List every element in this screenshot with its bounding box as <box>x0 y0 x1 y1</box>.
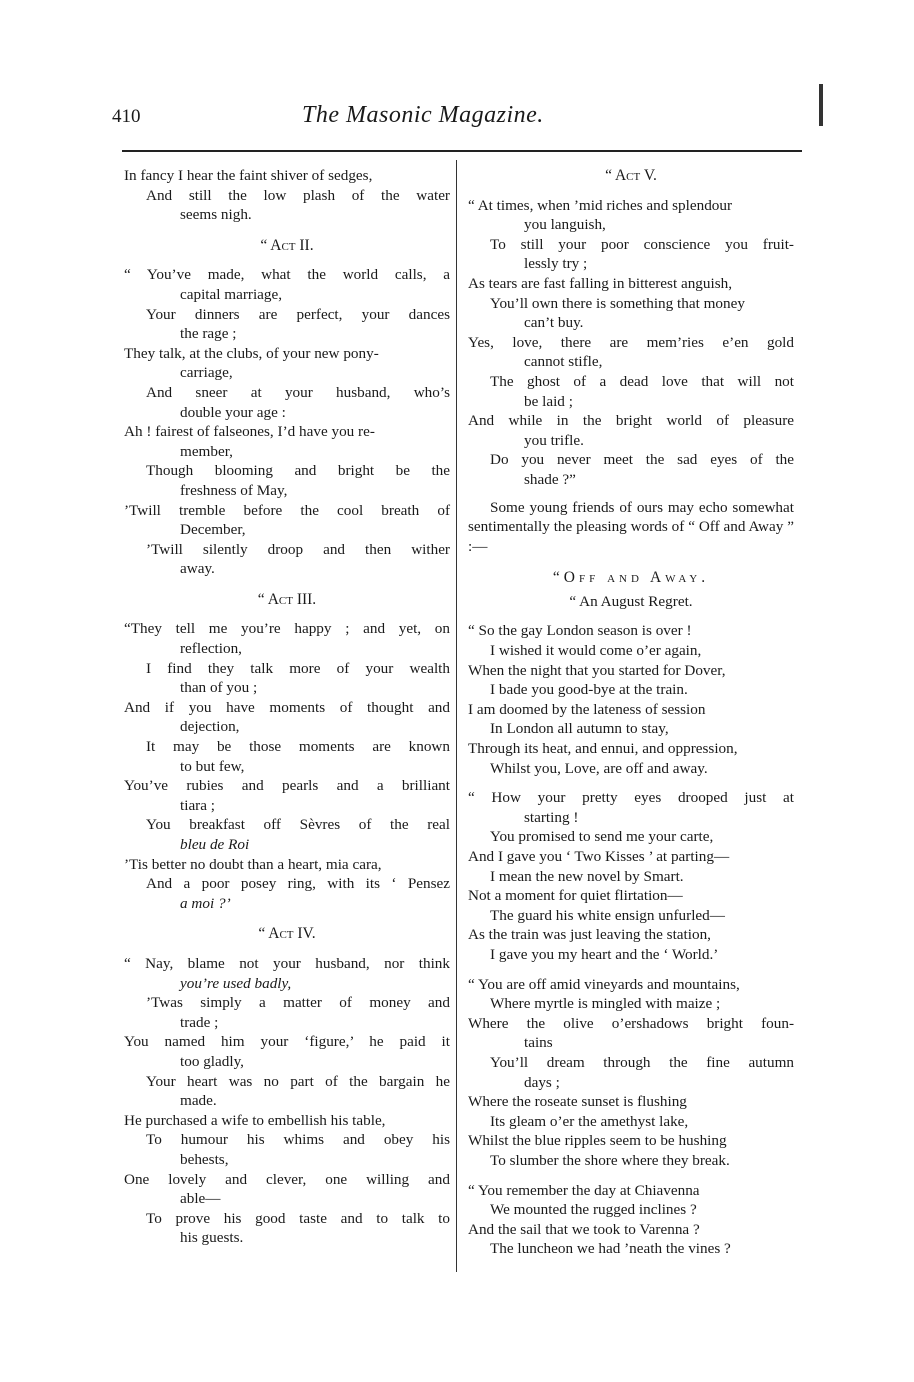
verse-line: As the train was just leaving the statio… <box>468 925 794 945</box>
verse-line: And while in the bright world of pleasur… <box>468 411 794 431</box>
verse-line: As tears are fast falling in bitterest a… <box>468 274 794 294</box>
verse-line: Its gleam o’er the amethyst lake, <box>468 1112 794 1132</box>
verse-line: To still your poor conscience you fruit- <box>468 235 794 255</box>
act-v-stanza: “ At times, when ’mid riches and splendo… <box>468 196 794 490</box>
verse-line: In fancy I hear the faint shiver of sedg… <box>124 166 450 186</box>
act-iii-heading: “ Act III. <box>124 590 450 610</box>
verse-line: reflection, <box>124 639 450 659</box>
page-edge-mark <box>819 84 823 126</box>
verse-line: shade ?” <box>468 470 794 490</box>
verse-line: The guard his white ensign unfurled— <box>468 906 794 926</box>
verse-line: Whilst you, Love, are off and away. <box>468 759 794 779</box>
verse-line: “ So the gay London season is over ! <box>468 621 794 641</box>
verse-line: be laid ; <box>468 392 794 412</box>
verse-line: lessly try ; <box>468 254 794 274</box>
verse-line: “ You remember the day at Chiavenna <box>468 1181 794 1201</box>
verse-line: behests, <box>124 1150 450 1170</box>
verse-line: Your dinners are perfect, your dances <box>124 305 450 325</box>
verse-line: We mounted the rugged inclines ? <box>468 1200 794 1220</box>
verse-line: And the sail that we took to Varenna ? <box>468 1220 794 1240</box>
verse-line: When the night that you started for Dove… <box>468 661 794 681</box>
opening-stanza: In fancy I hear the faint shiver of sedg… <box>124 166 450 225</box>
verse-line: In London all autumn to stay, <box>468 719 794 739</box>
verse-line: And still the low plash of the water <box>124 186 450 206</box>
verse-line: I am doomed by the lateness of session <box>468 700 794 720</box>
verse-line: And if you have moments of thought and <box>124 698 450 718</box>
verse-line: his guests. <box>124 1228 450 1248</box>
verse-line: You’ll dream through the fine autumn <box>468 1053 794 1073</box>
verse-line: I gave you my heart and the ‘ World.’ <box>468 945 794 965</box>
verse-line: One lovely and clever, one willing and <box>124 1170 450 1190</box>
verse-line: away. <box>124 559 450 579</box>
verse-line: ’Tis better no doubt than a heart, mia c… <box>124 855 450 875</box>
verse-line: “ At times, when ’mid riches and splendo… <box>468 196 794 216</box>
verse-line: You breakfast off Sèvres of the real <box>124 815 450 835</box>
verse-line: trade ; <box>124 1013 450 1033</box>
verse-line: The ghost of a dead love that will not <box>468 372 794 392</box>
verse-line: you trifle. <box>468 431 794 451</box>
verse-line: I wished it would come o’er again, <box>468 641 794 661</box>
verse-line: You named him your ‘figure,’ he paid it <box>124 1032 450 1052</box>
verse-line: December, <box>124 520 450 540</box>
verse-line: bleu de Roi <box>124 835 450 855</box>
verse-line: The luncheon we had ’neath the vines ? <box>468 1239 794 1259</box>
verse-line: tiara ; <box>124 796 450 816</box>
act-iv-stanza: “ Nay, blame not your husband, nor think… <box>124 954 450 1248</box>
magazine-title: The Masonic Magazine. <box>302 102 544 129</box>
verse-line: Whilst the blue ripples seem to be hushi… <box>468 1131 794 1151</box>
poem-stanza-4: “ You remember the day at ChiavennaWe mo… <box>468 1181 794 1259</box>
verse-line: I find they talk more of your wealth <box>124 659 450 679</box>
verse-line: the rage ; <box>124 324 450 344</box>
poem-subtitle: “ An August Regret. <box>468 592 794 612</box>
verse-line: You’ve rubies and pearls and a brilliant <box>124 776 450 796</box>
verse-line: freshness of May, <box>124 481 450 501</box>
poem-stanza-3: “ You are off amid vineyards and mountai… <box>468 975 794 1171</box>
verse-line: And a poor posey ring, with its ‘ Pensez <box>124 874 450 894</box>
verse-line: too gladly, <box>124 1052 450 1072</box>
verse-line: a moi ?’ <box>124 894 450 914</box>
page-number: 410 <box>112 106 141 128</box>
poem-title: “Off and Away. <box>468 568 794 588</box>
verse-line: you languish, <box>468 215 794 235</box>
act-iv-heading: “ Act IV. <box>124 924 450 944</box>
poem-stanza-2: “ How your pretty eyes drooped just atst… <box>468 788 794 964</box>
verse-line: He purchased a wife to embellish his tab… <box>124 1111 450 1131</box>
verse-line: You promised to send me your carte, <box>468 827 794 847</box>
verse-line: “ Nay, blame not your husband, nor think <box>124 954 450 974</box>
verse-line: ’Twill tremble before the cool breath of <box>124 501 450 521</box>
left-column: In fancy I hear the faint shiver of sedg… <box>124 166 450 1248</box>
verse-line: Where myrtle is mingled with maize ; <box>468 994 794 1014</box>
verse-line: to but few, <box>124 757 450 777</box>
verse-line: than of you ; <box>124 678 450 698</box>
verse-line: able— <box>124 1189 450 1209</box>
verse-line: Where the olive o’ershadows bright foun- <box>468 1014 794 1034</box>
verse-line: It may be those moments are known <box>124 737 450 757</box>
verse-line: You’ll own there is something that money <box>468 294 794 314</box>
verse-line: And I gave you ‘ Two Kisses ’ at parting… <box>468 847 794 867</box>
verse-line: “They tell me you’re happy ; and yet, on <box>124 619 450 639</box>
poem-stanza-1: “ So the gay London season is over !I wi… <box>468 621 794 778</box>
verse-line: Ah ! fairest of falseones, I’d have you … <box>124 422 450 442</box>
verse-line: I bade you good-bye at the train. <box>468 680 794 700</box>
verse-line: I mean the new novel by Smart. <box>468 867 794 887</box>
verse-line: Where the roseate sunset is flushing <box>468 1092 794 1112</box>
verse-line: double your age : <box>124 403 450 423</box>
verse-line: days ; <box>468 1073 794 1093</box>
verse-line: And sneer at your husband, who’s <box>124 383 450 403</box>
verse-line: Though blooming and bright be the <box>124 461 450 481</box>
act-v-heading: “ Act V. <box>468 166 794 186</box>
verse-line: To prove his good taste and to talk to <box>124 1209 450 1229</box>
verse-line: capital marriage, <box>124 285 450 305</box>
verse-line: can’t buy. <box>468 313 794 333</box>
verse-line: Your heart was no part of the bargain he <box>124 1072 450 1092</box>
verse-line: made. <box>124 1091 450 1111</box>
verse-line: tains <box>468 1033 794 1053</box>
verse-line: dejection, <box>124 717 450 737</box>
verse-line: To humour his whims and obey his <box>124 1130 450 1150</box>
verse-line: carriage, <box>124 363 450 383</box>
header-rule <box>122 150 802 152</box>
verse-line: “ How your pretty eyes drooped just at <box>468 788 794 808</box>
running-header: 410 The Masonic Magazine. <box>112 98 822 138</box>
verse-line: Do you never meet the sad eyes of the <box>468 450 794 470</box>
verse-line: “ You’ve made, what the world calls, a <box>124 265 450 285</box>
verse-line: To slumber the shore where they break. <box>468 1151 794 1171</box>
right-column: “ Act V. “ At times, when ’mid riches an… <box>468 166 794 1259</box>
verse-line: ’Twas simply a matter of money and <box>124 993 450 1013</box>
verse-line: “ You are off amid vineyards and mountai… <box>468 975 794 995</box>
act-ii-heading: “ Act II. <box>124 236 450 256</box>
verse-line: They talk, at the clubs, of your new pon… <box>124 344 450 364</box>
act-ii-stanza: “ You’ve made, what the world calls, aca… <box>124 265 450 579</box>
verse-line: seems nigh. <box>124 205 450 225</box>
verse-line: you’re used badly, <box>124 974 450 994</box>
prose-paragraph: Some young friends of ours may echo some… <box>468 498 794 557</box>
verse-line: ’Twill silently droop and then wither <box>124 540 450 560</box>
act-iii-stanza: “They tell me you’re happy ; and yet, on… <box>124 619 450 913</box>
verse-line: starting ! <box>468 808 794 828</box>
column-divider <box>456 160 457 1272</box>
verse-line: member, <box>124 442 450 462</box>
verse-line: Through its heat, and ennui, and oppress… <box>468 739 794 759</box>
verse-line: Not a moment for quiet flirtation— <box>468 886 794 906</box>
verse-line: Yes, love, there are mem’ries e’en gold <box>468 333 794 353</box>
verse-line: cannot stifle, <box>468 352 794 372</box>
